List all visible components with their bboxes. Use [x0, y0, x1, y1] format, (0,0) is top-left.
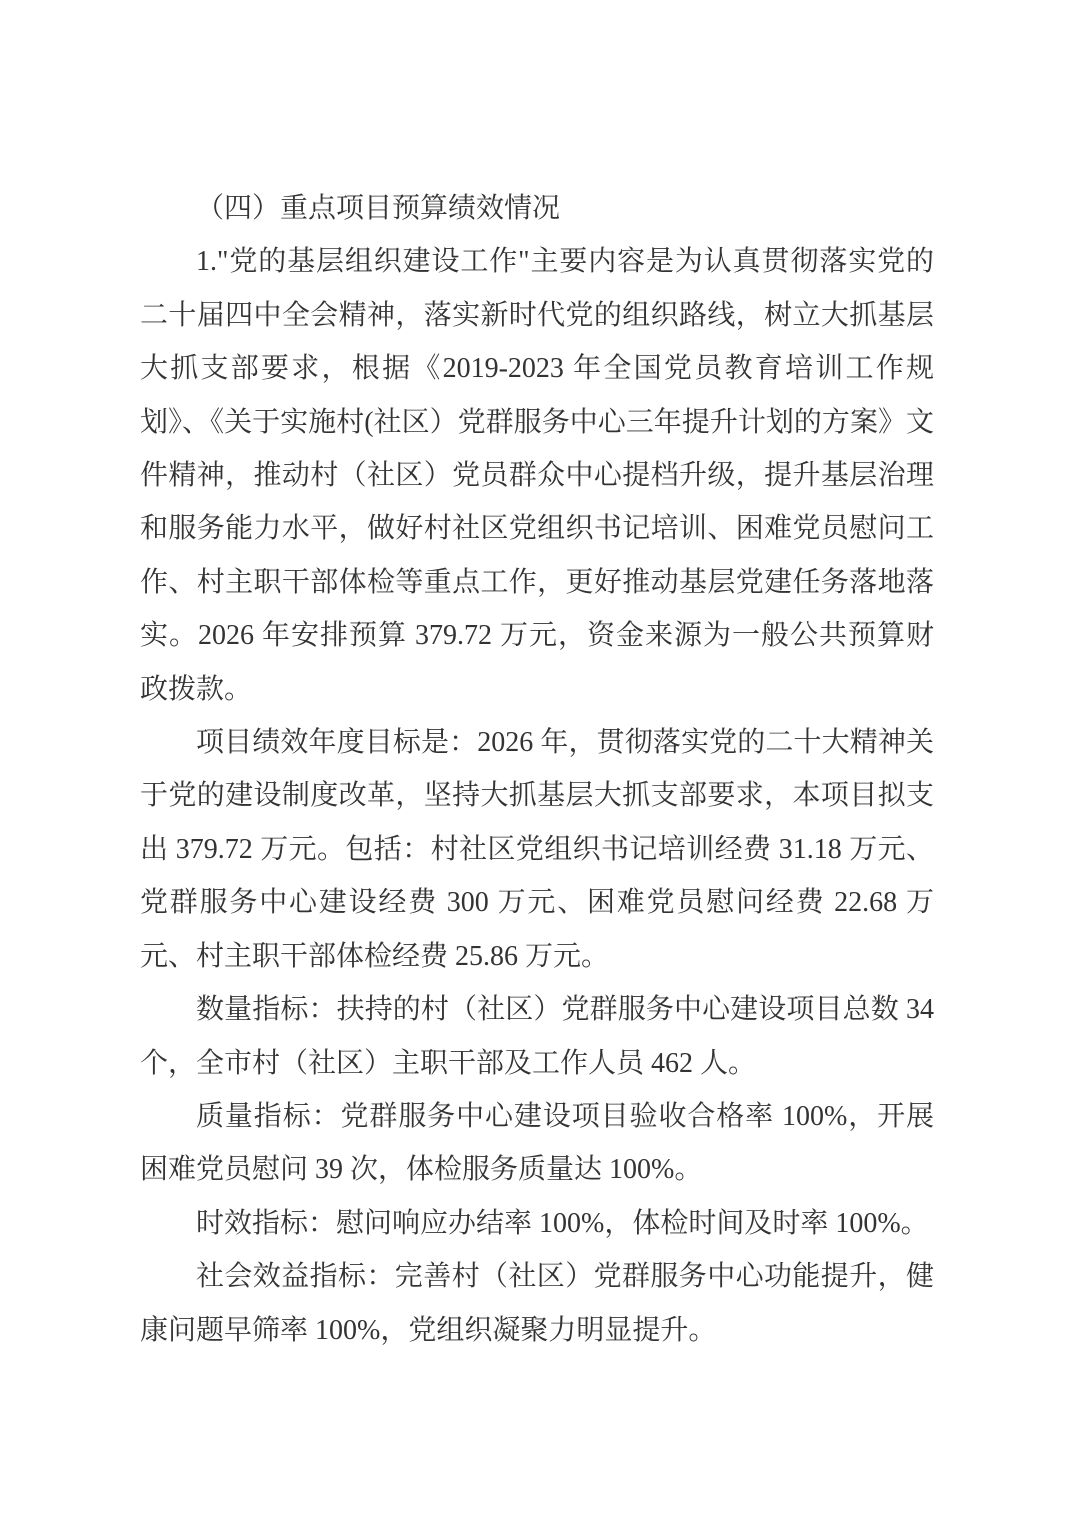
paragraph-social-benefit-indicator: 社会效益指标：完善村（社区）党群服务中心功能提升，健康问题早筛率 100%，党组…	[140, 1250, 934, 1357]
paragraph-project-overview: 1."党的基层组织建设工作"主要内容是为认真贯彻落实党的二十届四中全会精神，落实…	[140, 235, 934, 716]
paragraph-quantity-indicator: 数量指标：扶持的村（社区）党群服务中心建设项目总数 34 个，全市村（社区）主职…	[140, 983, 934, 1090]
section-heading: （四）重点项目预算绩效情况	[140, 182, 934, 235]
document-page: （四）重点项目预算绩效情况 1."党的基层组织建设工作"主要内容是为认真贯彻落实…	[0, 0, 1074, 1520]
paragraph-quality-indicator: 质量指标：党群服务中心建设项目验收合格率 100%，开展困难党员慰问 39 次，…	[140, 1090, 934, 1197]
paragraph-timeliness-indicator: 时效指标：慰问响应办结率 100%，体检时间及时率 100%。	[140, 1197, 934, 1250]
document-body: （四）重点项目预算绩效情况 1."党的基层组织建设工作"主要内容是为认真贯彻落实…	[140, 182, 934, 1357]
paragraph-annual-performance-goal: 项目绩效年度目标是：2026 年，贯彻落实党的二十大精神关于党的建设制度改革，坚…	[140, 716, 934, 983]
